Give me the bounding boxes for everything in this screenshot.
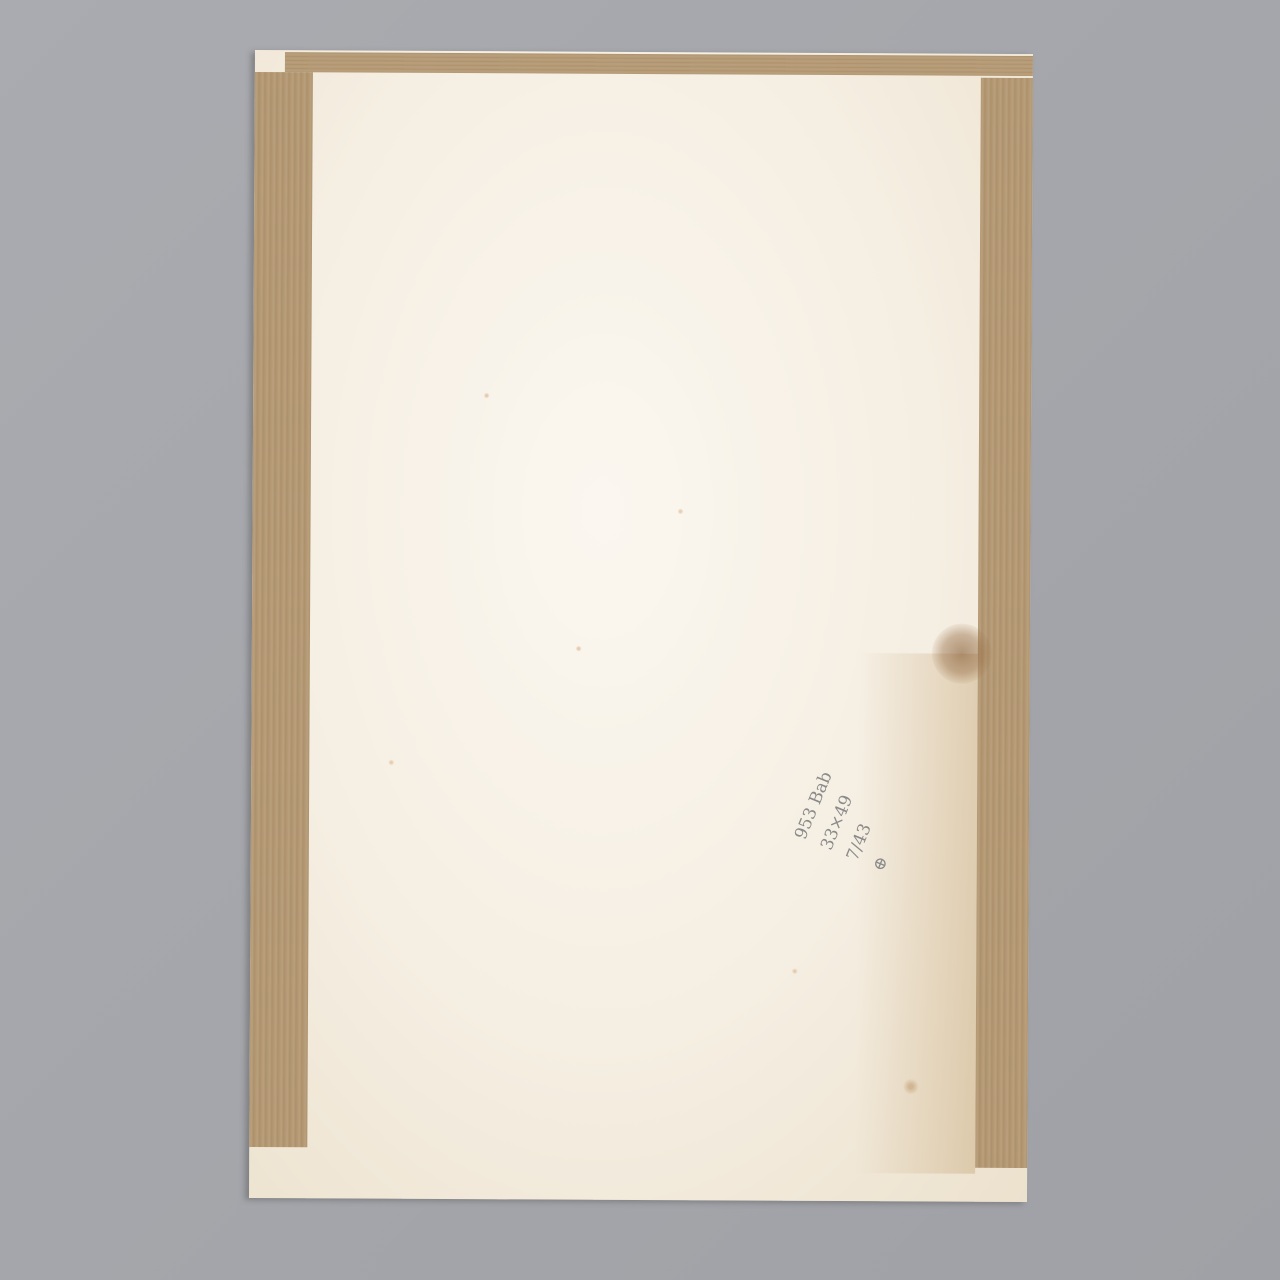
kraft-tape-left [249, 72, 313, 1147]
kraft-tape-right [975, 78, 1033, 1168]
kraft-tape-top [285, 52, 1033, 76]
paper-sheet: 953 Bab 33×49 7/43 ⊕ [249, 50, 1033, 1202]
water-stain [932, 624, 992, 684]
